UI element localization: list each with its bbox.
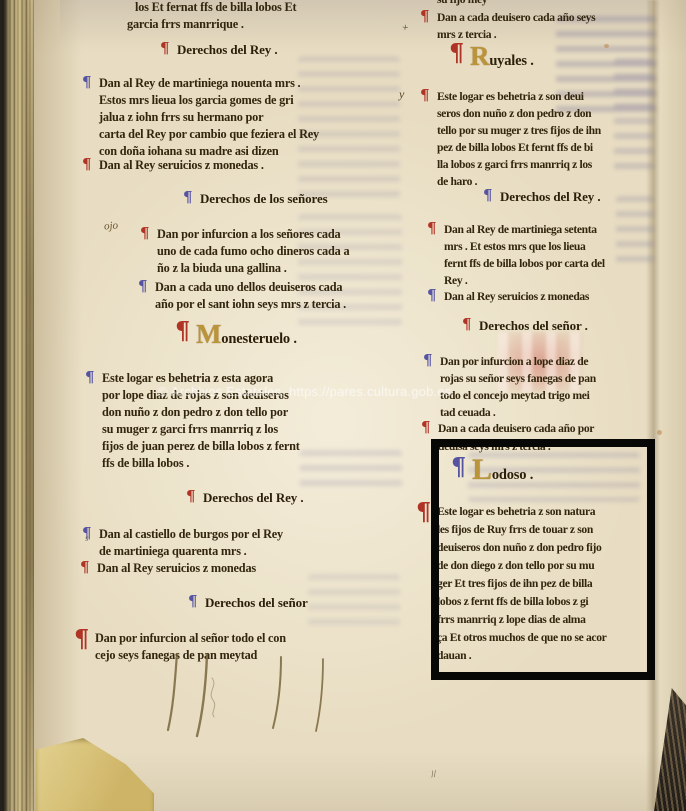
bleedthrough-ghost-text <box>308 574 400 626</box>
manuscript-line: Dan al Rey de martiniega setenta <box>444 221 605 238</box>
header-text: Derechos del señor . <box>479 318 588 333</box>
manuscript-line: su fijo mey <box>437 0 487 6</box>
pilcrow-rubric-icon: ¶ <box>188 594 197 609</box>
pilcrow-rubric-icon: ¶ <box>82 157 91 172</box>
archive-watermark-text: © Archivos Estatales, https://pares.cult… <box>158 384 451 400</box>
pilcrow-rubric-icon: ¶ <box>427 221 436 236</box>
place-header-monesteruelo: ¶ Monesteruelo . <box>196 322 297 348</box>
entry-ruyales-behetria: ¶ Este logar es behetria z son deui sero… <box>437 88 601 190</box>
pilcrow-rubric-icon: ¶ <box>160 41 169 56</box>
manuscript-line: Dan a cada deuisero cada año por <box>438 420 594 438</box>
manuscript-line: los Et fernat ffs de billa lobos Et <box>135 0 296 16</box>
header-text: Derechos del Rey . <box>500 189 601 204</box>
header-derechos-del-rey: ¶ Derechos del Rey . <box>203 489 304 506</box>
header-derechos-del-senor: ¶ Derechos del señor . <box>479 317 588 334</box>
manuscript-line: Dan al castiello de burgos por el Rey <box>99 526 283 543</box>
manuscript-line: carta del Rey por cambio que feziera el … <box>99 126 319 143</box>
manuscript-line: Estos mrs lieua los garcia gomes de gri <box>99 92 319 109</box>
header-text: Derechos del señor <box>205 595 308 610</box>
manuscript-line: Dan al Rey seruicios z monedas <box>97 561 256 575</box>
bleedthrough-ghost-text <box>300 450 402 490</box>
manuscript-line: Dan por infurcion a los señores cada <box>157 226 349 243</box>
header-derechos-del-senor: ¶ Derechos del señor <box>205 594 308 611</box>
pilcrow-rubric-icon: ¶ <box>427 288 436 303</box>
manuscript-line: Dan por infurcion a lope diaz de <box>440 353 596 370</box>
header-text: Derechos del Rey . <box>177 42 278 57</box>
manuscript-line: seros don nuño z don pedro z don <box>437 105 601 122</box>
header-text: uyales . <box>489 53 533 69</box>
annotation-highlight-box <box>431 439 655 680</box>
ink-speck <box>604 44 609 48</box>
manuscript-line: Este logar es behetria z son deui <box>437 88 601 105</box>
pilcrow-rubric-icon: ¶ <box>85 370 94 385</box>
bleedthrough-ghost-text <box>616 196 654 270</box>
entry-seruicios-monedas: ¶ Dan al Rey seruicios z monedas <box>97 560 256 577</box>
header-text: Derechos del Rey . <box>203 490 304 505</box>
manuscript-scan-page: los Et fernat ffs de billa lobos Et garc… <box>0 0 686 811</box>
manuscript-line: don nuño z don pedro z don tello por <box>102 404 300 421</box>
manuscript-line: uno de cada fumo ocho dineros cada a <box>157 243 349 260</box>
manuscript-line: su muger z garci frrs manrriq z los <box>102 421 300 438</box>
manuscript-line: jalua z iohn frrs su hermano por <box>99 109 319 126</box>
manuscript-line: ño z la biuda una gallina . <box>157 260 349 277</box>
pilcrow-rubric-icon: ¶ <box>423 353 432 368</box>
header-derechos-de-los-senores: ¶ Derechos de los señores <box>200 190 328 207</box>
manuscript-line: de martiniega quarenta mrs . <box>99 543 283 560</box>
entry-seruicios-monedas: ¶ Dan al Rey seruicios z monedas . <box>99 157 264 174</box>
manuscript-line: Dan al Rey seruicios z monedas . <box>99 158 264 172</box>
pilcrow-rubric-icon: ¶ <box>183 190 192 205</box>
pilcrow-rubric-icon: ¶ <box>82 75 91 90</box>
entry-martiniega-setenta: ¶ Dan al Rey de martiniega setenta mrs .… <box>444 221 605 289</box>
manuscript-line: fijos de juan perez de billa lobos z fer… <box>102 438 300 455</box>
manuscript-line: rojas su señor seys fanegas de pan <box>440 370 596 387</box>
pilcrow-rubric-icon: ¶ <box>483 188 492 203</box>
ink-speck <box>657 430 662 435</box>
descender-flourishes <box>150 648 410 743</box>
manuscript-line: Dan al Rey seruicios z monedas <box>444 290 589 303</box>
header-derechos-del-rey: ¶ Derechos del Rey . <box>177 41 278 58</box>
entry-seruicios-monedas: ¶ Dan al Rey seruicios z monedas <box>444 288 589 305</box>
manuscript-line: Dan por infurcion al señor todo el con <box>95 630 286 647</box>
manuscript-line: año por el sant iohn seys mrs z tercia . <box>155 296 346 313</box>
illuminated-initial: R <box>470 41 489 71</box>
header-derechos-del-rey: ¶ Derechos del Rey . <box>500 188 601 205</box>
pilcrow-rubric-icon: ¶ <box>186 489 195 504</box>
entry-infurcion-lope-diaz: ¶ Dan por infurcion a lope diaz de rojas… <box>440 353 596 421</box>
manuscript-line: fernt ffs de billa lobos por carta del <box>444 255 605 272</box>
manuscript-line: Rey . <box>444 272 605 289</box>
entry-carryover-left: los Et fernat ffs de billa lobos Et garc… <box>135 0 296 33</box>
manuscript-line: ffs de billa lobos . <box>102 455 300 472</box>
pilcrow-rubric-icon: ¶ <box>140 226 149 241</box>
pilcrow-rubric-icon: ¶ <box>416 501 431 523</box>
manuscript-line: Dan a cada uno dellos deuiseros cada <box>155 279 346 296</box>
pilcrow-rubric-icon: ¶ <box>420 88 429 103</box>
manuscript-line: Dan al Rey de martiniega nouenta mrs . <box>99 75 319 92</box>
pilcrow-rubric-icon: ¶ <box>175 320 190 342</box>
margin-mark-ojo: ojo <box>104 220 119 233</box>
manuscript-line: lla lobos z garci frrs manrriq z los <box>437 156 601 173</box>
pilcrow-rubric-icon: ¶ <box>138 279 147 294</box>
manuscript-line: garcia frrs manrrique . <box>127 16 296 33</box>
pilcrow-rubric-icon: ¶ <box>420 9 429 24</box>
entry-martiniega-nouenta: ¶ Dan al Rey de martiniega nouenta mrs .… <box>99 75 319 160</box>
header-text: onesteruelo . <box>221 331 297 347</box>
entry-deuiseros-sant-iohn: ¶ Dan a cada uno dellos deuiseros cada a… <box>155 279 346 313</box>
entry-castiello-burgos: ¶ Dan al castiello de burgos por el Rey … <box>99 526 283 560</box>
pilcrow-rubric-icon: ¶ <box>421 420 430 435</box>
manuscript-line: Dan a cada deuisero cada año seys <box>437 9 595 26</box>
header-text: Derechos de los señores <box>200 191 328 206</box>
illuminated-initial: M <box>196 319 221 349</box>
pilcrow-rubric-icon: ¶ <box>74 628 89 650</box>
margin-mark-y: y <box>399 87 404 102</box>
margin-mark-s: s <box>85 533 89 543</box>
manuscript-line: todo el concejo meytad trigo mei <box>440 387 596 404</box>
manuscript-line: tello por su muger z tres fijos de ihn <box>437 122 601 139</box>
manuscript-line: tad ceuada . <box>440 404 596 421</box>
pilcrow-rubric-icon: ¶ <box>449 42 464 64</box>
bleedthrough-ghost-text <box>614 58 654 178</box>
pilcrow-rubric-icon: ¶ <box>80 560 89 575</box>
manuscript-line: pez de billa lobos Et fernt ffs de bi <box>437 139 601 156</box>
entry-infurcion-senores: ¶ Dan por infurcion a los señores cada u… <box>157 226 349 277</box>
place-header-ruyales: ¶ Ruyales . <box>470 44 534 70</box>
manuscript-line: mrs . Et estos mrs que los lieua <box>444 238 605 255</box>
pilcrow-rubric-icon: ¶ <box>462 317 471 332</box>
entry-carryover-right: su fijo mey <box>437 0 487 8</box>
